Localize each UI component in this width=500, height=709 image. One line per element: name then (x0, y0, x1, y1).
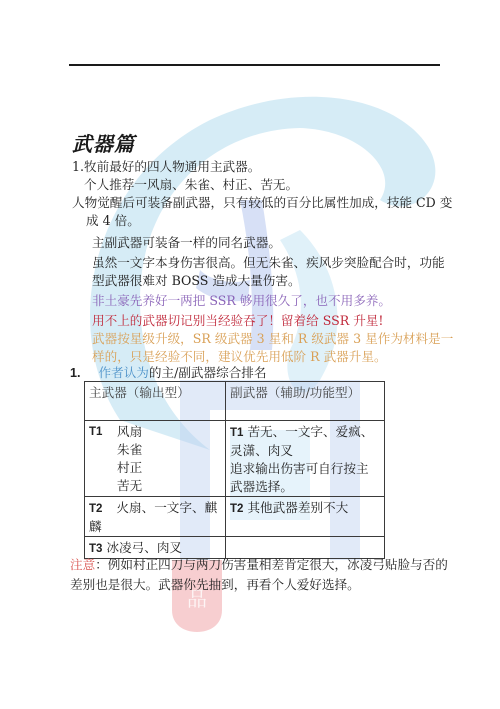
paragraph-line: 成 4 倍。 (86, 212, 140, 230)
table-cell: T1 苦无、一文字、爱疯、灵潇、肉叉 追求输出伤害可自行按主武器选择。 (226, 421, 385, 497)
table-header-row: 主武器（输出型） 副武器（辅助/功能型） (85, 382, 385, 421)
tier-tag: T2 (230, 503, 243, 515)
paragraph-line: 个人推荐一风扇、朱雀、村正、苦无。 (84, 176, 298, 194)
table-cell: T2 其他武器差别不大 (226, 497, 385, 537)
table-row: T2火扇、一文字、麒麟 T2 其他武器差别不大 (85, 497, 385, 537)
note-label: 注意 (70, 557, 95, 572)
tier-item: 村正 (89, 459, 221, 477)
table-row: T1 风扇 朱雀 村正 苦无 T1 苦无、一文字、爱疯、灵潇、肉叉 追求输出伤害… (85, 421, 385, 497)
tier-items: 苦无、一文字、爱疯、灵潇、肉叉 (230, 424, 373, 458)
paragraph-line: 1.牧前最好的四人物通用主武器。 (72, 158, 260, 176)
section-heading-text: 的主/副武器综合排名 (149, 365, 267, 380)
table-header-cell: 副武器（辅助/功能型） (226, 382, 385, 421)
tier-item: 风扇 (89, 423, 221, 441)
tier-tag: T2 (89, 503, 102, 515)
warning-line-red: 用不上的武器切记别当经验吞了！留着给 SSR 升星! (92, 312, 383, 330)
section-heading: 1.作者认为的主/副武器综合排名 (70, 364, 266, 382)
document-page: 武器篇 1.牧前最好的四人物通用主武器。 个人推荐一风扇、朱雀、村正、苦无。 人… (0, 0, 500, 709)
paragraph-line: 人物觉醒后可装备副武器，只有较低的百分比属性加成，技能 CD 变 (72, 194, 452, 212)
table-cell: T2火扇、一文字、麒麟 (85, 497, 226, 537)
tip-line-purple: 非土豪先养好一两把 SSR 够用很久了，也不用多养。 (92, 292, 391, 310)
tier-items: 其他武器差别不大 (247, 500, 348, 515)
note-text: ：例如村正四刀与两刀伤害量相差肯定很大，冰凌弓贴脸与否的 (95, 557, 448, 572)
tier-note: 追求输出伤害可自行按主武器选择。 (230, 461, 369, 494)
list-number: 1. (70, 366, 81, 380)
tier-tag: T3 (89, 543, 102, 555)
tip-line-orange: 武器按星级升级，SR 级武器 3 星和 R 级武器 3 星作为材料是一 (92, 330, 453, 348)
tier-items: 火扇、一文字、麒麟 (89, 500, 217, 534)
weapon-ranking-table: 主武器（输出型） 副武器（辅助/功能型） T1 风扇 朱雀 村正 苦无 T1 苦… (84, 381, 385, 559)
paragraph-line: 主副武器可装备一样的同名武器。 (92, 234, 281, 252)
note-line: 注意：例如村正四刀与两刀伤害量相差肯定很大，冰凌弓贴脸与否的 (70, 556, 448, 574)
table-header-cell: 主武器（输出型） (85, 382, 226, 421)
note-line: 差别也是很大。武器你先抽到，再看个人爱好选择。 (70, 576, 360, 594)
page-title: 武器篇 (72, 128, 135, 157)
table-cell: T1 风扇 朱雀 村正 苦无 (85, 421, 226, 497)
header-rule (69, 64, 440, 66)
paragraph-line: 虽然一文字本身伤害很高。但无朱雀、疾风步突脸配合时，功能 (92, 254, 445, 272)
tier-item: 苦无 (89, 477, 221, 495)
section-heading-highlight: 作者认为 (99, 365, 149, 380)
tier-tag: T1 (89, 423, 102, 441)
tier-item: 朱雀 (89, 441, 221, 459)
paragraph-line: 型武器很难对 BOSS 造成大量伤害。 (92, 272, 301, 290)
tier-items: 冰凌弓、肉叉 (106, 540, 182, 555)
tier-tag: T1 (230, 427, 243, 439)
